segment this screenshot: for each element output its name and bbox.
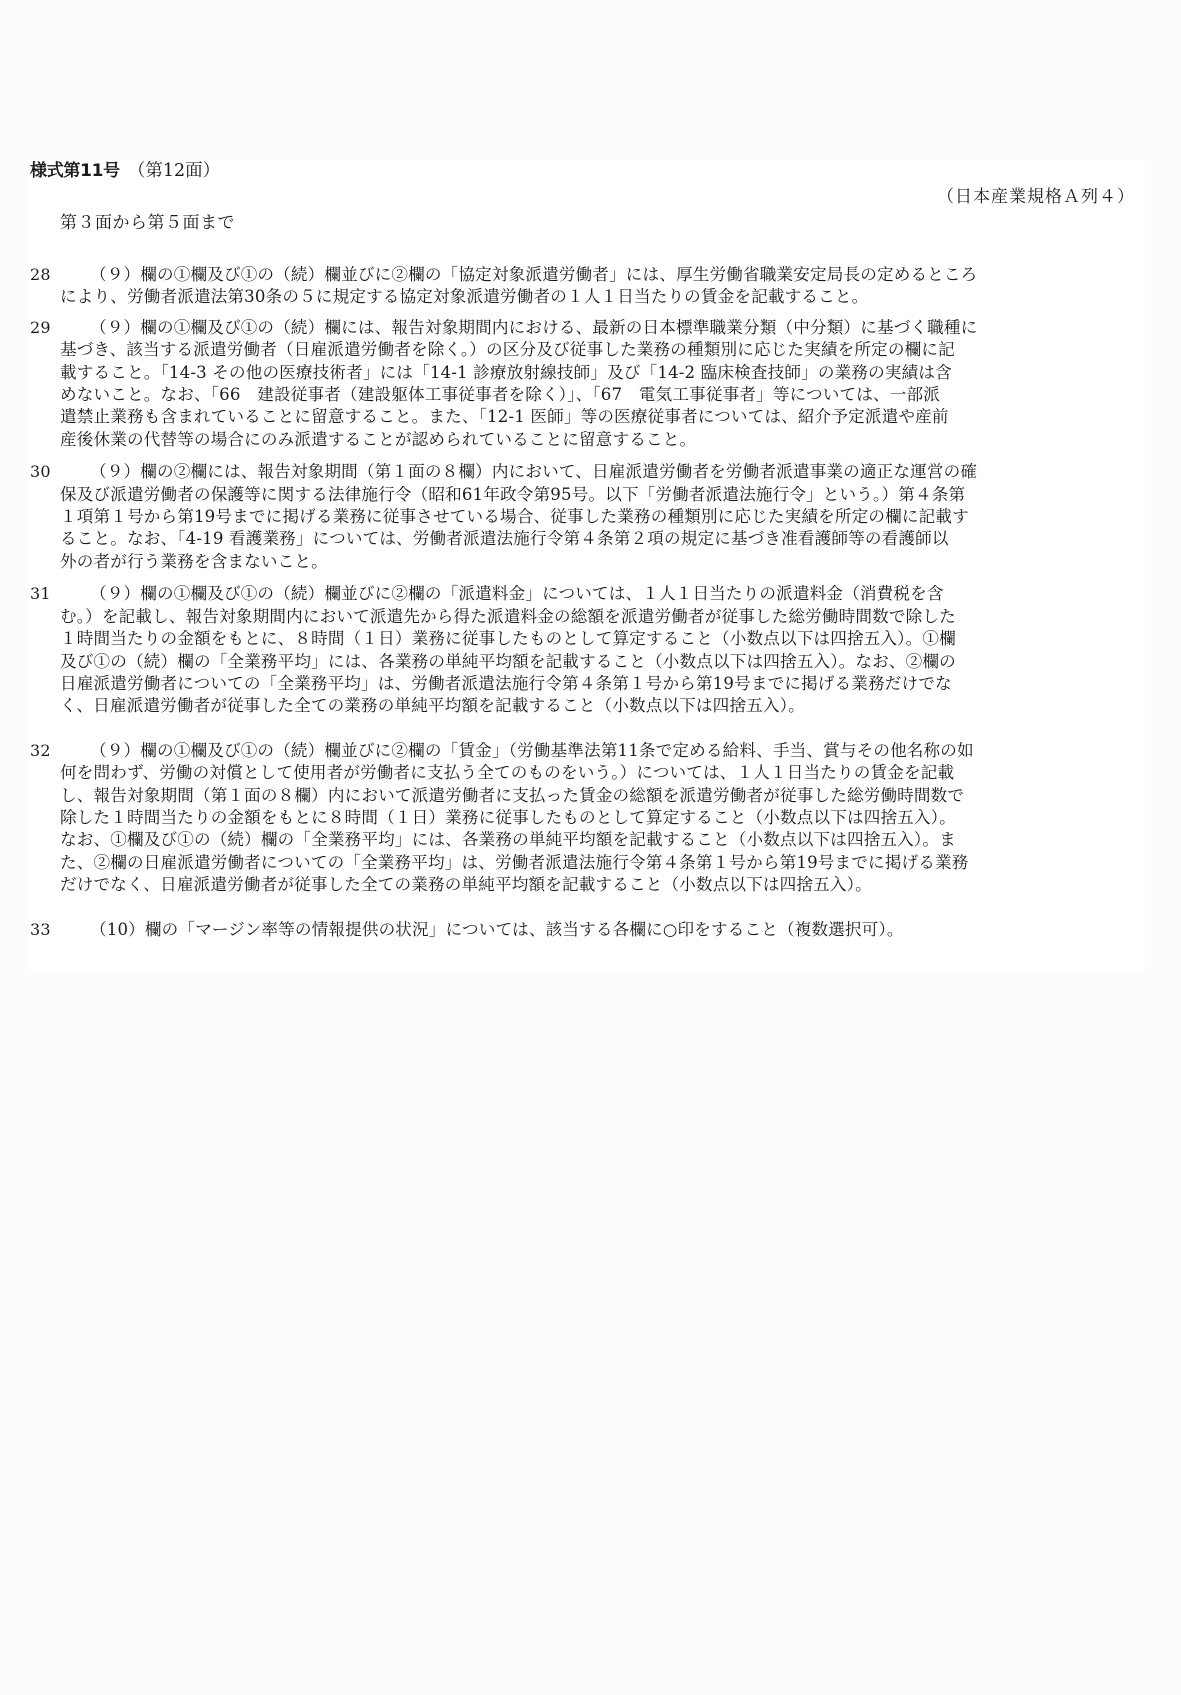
note-item-30: 30 （９）欄の②欄には、報告対象期間（第１面の８欄）内において、日雇派遣労働者… — [30, 461, 1140, 573]
form-number: 様式第11号 — [30, 161, 120, 181]
paper-size-note: （日本産業規格Ａ列４） — [937, 186, 1135, 208]
note-item-31: 31 （９）欄の①欄及び①の（続）欄並びに②欄の「派遣料金」については、１人１日… — [30, 583, 1140, 717]
note-item-33: 33 （10）欄の「マージン率等の情報提供の状況」については、該当する各欄に○印… — [30, 919, 1140, 941]
document-page: 様式第11号（第12面） （日本産業規格Ａ列４） 第３面から第５面まで 28 （… — [30, 160, 1145, 970]
note-line: により、労働者派遣法第30条の５に規定する協定対象派遣労働者の１人１日当たりの賃… — [60, 286, 1140, 308]
page-label: （第12面） — [128, 161, 220, 181]
note-item-32: 32 （９）欄の①欄及び①の（続）欄並びに②欄の「賃金」（労働基準法第11条で定… — [30, 740, 1140, 897]
note-item-29: 29 （９）欄の①欄及び①の（続）欄には、報告対象期間内における、最新の日本標準… — [30, 317, 1140, 451]
notes-list: 28 （９）欄の①欄及び①の（続）欄並びに②欄の「協定対象派遣労働者」には、厚生… — [30, 264, 1145, 941]
note-line: 及び①の（続）欄の「全業務平均」には、各業務の単純平均額を記載すること（小数点以… — [60, 651, 1140, 673]
section-subheading: 第３面から第５面まで — [60, 212, 235, 234]
note-line: ること。なお、「4-19 看護業務」については、労働者派遣法施行令第４条第２項の… — [60, 528, 1140, 550]
note-line: １項第１号から第19号までに掲げる業務に従事させている場合、従事した業務の種類別… — [60, 506, 1140, 528]
note-line: 遣禁止業務も含まれていることに留意すること。また、「12-1 医師」等の医療従事… — [60, 406, 1140, 428]
form-title: 様式第11号（第12面） — [30, 160, 220, 182]
note-number: 30 — [30, 461, 51, 483]
note-line: （９）欄の①欄及び①の（続）欄には、報告対象期間内における、最新の日本標準職業分… — [60, 317, 1140, 339]
note-number: 33 — [30, 919, 51, 941]
note-line: 何を問わず、労働の対償として使用者が労働者に支払う全てのものをいう。）については… — [60, 762, 1140, 784]
note-item-28: 28 （９）欄の①欄及び①の（続）欄並びに②欄の「協定対象派遣労働者」には、厚生… — [30, 264, 1140, 309]
note-line: 産後休業の代替等の場合にのみ派遣することが認められていることに留意すること。 — [60, 429, 1140, 451]
note-line: 基づき、該当する派遣労働者（日雇派遣労働者を除く。）の区分及び従事した業務の種類… — [60, 339, 1140, 361]
note-line: 外の者が行う業務を含まないこと。 — [60, 551, 1140, 573]
note-line: 載すること。「14-3 その他の医療技術者」には「14-1 診療放射線技師」及び… — [60, 362, 1140, 384]
note-line: た、②欄の日雇派遣労働者についての「全業務平均」は、労働者派遣法施行令第４条第１… — [60, 852, 1140, 874]
note-line: （９）欄の②欄には、報告対象期間（第１面の８欄）内において、日雇派遣労働者を労働… — [60, 461, 1140, 483]
note-line: 保及び派遣労働者の保護等に関する法律施行令（昭和61年政令第95号。以下「労働者… — [60, 484, 1140, 506]
note-line: （９）欄の①欄及び①の（続）欄並びに②欄の「賃金」（労働基準法第11条で定める給… — [60, 740, 1140, 762]
note-line: （９）欄の①欄及び①の（続）欄並びに②欄の「派遣料金」については、１人１日当たり… — [60, 583, 1140, 605]
note-number: 29 — [30, 317, 51, 339]
note-line: なお、①欄及び①の（続）欄の「全業務平均」には、各業務の単純平均額を記載すること… — [60, 829, 1140, 851]
note-line: 除した１時間当たりの金額をもとに８時間（１日）業務に従事したものとして算定するこ… — [60, 807, 1140, 829]
note-line: めないこと。なお、「66 建設従事者（建設躯体工事従事者を除く）」、「67 電気… — [60, 384, 1140, 406]
note-number: 28 — [30, 264, 51, 286]
note-line: （10）欄の「マージン率等の情報提供の状況」については、該当する各欄に○印をする… — [60, 919, 1140, 941]
note-line: し、報告対象期間（第１面の８欄）内において派遣労働者に支払った賃金の総額を派遣労… — [60, 785, 1140, 807]
note-line: 日雇派遣労働者についての「全業務平均」は、労働者派遣法施行令第４条第１号から第1… — [60, 673, 1140, 695]
note-number: 31 — [30, 583, 51, 605]
note-number: 32 — [30, 740, 51, 762]
note-line: （９）欄の①欄及び①の（続）欄並びに②欄の「協定対象派遣労働者」には、厚生労働省… — [60, 264, 1140, 286]
note-line: だけでなく、日雇派遣労働者が従事した全ての業務の単純平均額を記載すること（小数点… — [60, 874, 1140, 896]
note-line: く、日雇派遣労働者が従事した全ての業務の単純平均額を記載すること（小数点以下は四… — [60, 695, 1140, 717]
note-line: む。）を記載し、報告対象期間内において派遣先から得た派遣料金の総額を派遣労働者が… — [60, 606, 1140, 628]
note-line: １時間当たりの金額をもとに、８時間（１日）業務に従事したものとして算定すること（… — [60, 628, 1140, 650]
